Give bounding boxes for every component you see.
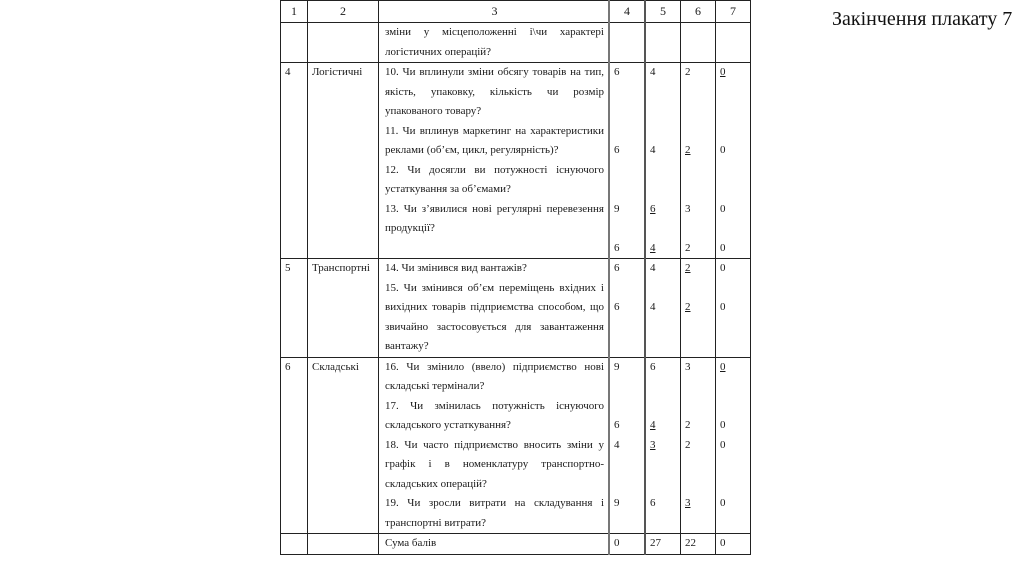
score-spacer <box>650 219 676 239</box>
score-spacer <box>685 397 711 417</box>
score-spacer <box>614 180 640 200</box>
group-row: 5Транспортні14. Чи змінився вид вантажів… <box>281 259 751 358</box>
header-col-3: 3 <box>379 1 610 23</box>
score-spacer <box>650 102 676 122</box>
score-value: 2 <box>685 436 711 456</box>
score-spacer <box>720 397 746 417</box>
score-value: 6 <box>650 358 676 378</box>
sum-col-6: 22 <box>681 534 716 555</box>
header-row: 1 2 3 4 5 6 7 <box>281 1 751 23</box>
score-spacer <box>685 475 711 495</box>
score-spacer <box>685 102 711 122</box>
group-number: 4 <box>281 63 308 259</box>
score-value: 4 <box>614 436 640 456</box>
score-value: 4 <box>650 239 676 259</box>
score-spacer <box>720 318 746 338</box>
score-value: 2 <box>685 239 711 259</box>
scoring-table: 1 2 3 4 5 6 7 зміни у місцеположенні і\ч… <box>280 0 751 555</box>
sum-col-7: 0 <box>716 534 751 555</box>
score-spacer <box>650 180 676 200</box>
score-value: 2 <box>685 63 711 83</box>
score-value: 0 <box>720 239 746 259</box>
score-spacer <box>720 83 746 103</box>
score-value: 6 <box>650 200 676 220</box>
group-row: 4Логістичні10. Чи вплинули зміни обсягу … <box>281 63 751 259</box>
score-col-6: 3223 <box>681 357 716 534</box>
score-value: 3 <box>650 436 676 456</box>
group-questions: 16. Чи змінило (ввело) підприємство нові… <box>379 357 610 534</box>
score-spacer <box>650 279 676 299</box>
score-spacer <box>650 475 676 495</box>
score-value: 6 <box>614 239 640 259</box>
score-spacer <box>720 161 746 181</box>
score-spacer <box>685 161 711 181</box>
score-value: 4 <box>650 416 676 436</box>
empty-cell <box>308 23 379 63</box>
score-value: 6 <box>614 63 640 83</box>
score-value: 6 <box>614 259 640 279</box>
score-spacer <box>650 337 676 357</box>
question-text: 10. Чи вплинули зміни обсягу товарів на … <box>385 63 604 122</box>
score-value: 0 <box>720 200 746 220</box>
score-spacer <box>614 514 640 534</box>
question-text: 15. Чи змінився об’єм переміщень вхідних… <box>385 279 604 357</box>
score-col-6: 22 <box>681 259 716 358</box>
score-value: 9 <box>614 358 640 378</box>
score-value: 4 <box>650 63 676 83</box>
group-name: Складські <box>308 357 379 534</box>
score-spacer <box>720 377 746 397</box>
score-spacer <box>614 122 640 142</box>
score-value: 6 <box>614 141 640 161</box>
score-spacer <box>685 122 711 142</box>
question-text: 13. Чи з’явилися нові регулярні перевезе… <box>385 200 604 239</box>
score-spacer <box>720 514 746 534</box>
score-col-5: 4464 <box>645 63 681 259</box>
group-questions: 10. Чи вплинули зміни обсягу товарів на … <box>379 63 610 259</box>
sum-label: Сума балів <box>379 534 610 555</box>
score-value: 2 <box>685 259 711 279</box>
score-spacer <box>614 377 640 397</box>
score-value: 0 <box>720 358 746 378</box>
poster-caption: Закінчення плакату 7 <box>832 8 1012 31</box>
score-spacer <box>720 337 746 357</box>
header-col-5: 5 <box>645 1 681 23</box>
score-spacer <box>720 122 746 142</box>
score-spacer <box>650 377 676 397</box>
score-spacer <box>614 83 640 103</box>
header-col-6: 6 <box>681 1 716 23</box>
score-col-4: 6696 <box>609 63 645 259</box>
score-col-7: 0000 <box>716 63 751 259</box>
question-text: 18. Чи часто підприємство вносить зміни … <box>385 436 604 495</box>
group-number: 6 <box>281 357 308 534</box>
score-value: 9 <box>614 200 640 220</box>
score-col-7: 00 <box>716 259 751 358</box>
question-text: 14. Чи змінився вид вантажів? <box>385 259 604 279</box>
score-spacer <box>720 279 746 299</box>
group-name: Транспортні <box>308 259 379 358</box>
empty-cell <box>716 23 751 63</box>
score-spacer <box>685 83 711 103</box>
question-text: 16. Чи змінило (ввело) підприємство нові… <box>385 358 604 397</box>
score-value: 6 <box>614 416 640 436</box>
group-name: Логістичні <box>308 63 379 259</box>
score-spacer <box>614 279 640 299</box>
score-spacer <box>685 180 711 200</box>
score-spacer <box>720 455 746 475</box>
score-spacer <box>614 102 640 122</box>
score-spacer <box>650 161 676 181</box>
score-value: 0 <box>720 436 746 456</box>
score-col-4: 9649 <box>609 357 645 534</box>
empty-cell <box>281 534 308 555</box>
score-col-7: 0000 <box>716 357 751 534</box>
score-spacer <box>685 514 711 534</box>
score-spacer <box>685 219 711 239</box>
score-value: 0 <box>720 63 746 83</box>
empty-cell <box>281 23 308 63</box>
group-row: 6Складські16. Чи змінило (ввело) підприє… <box>281 357 751 534</box>
score-col-5: 44 <box>645 259 681 358</box>
score-col-6: 2232 <box>681 63 716 259</box>
header-col-2: 2 <box>308 1 379 23</box>
score-spacer <box>650 122 676 142</box>
score-col-5: 6436 <box>645 357 681 534</box>
score-col-4: 66 <box>609 259 645 358</box>
score-spacer <box>720 475 746 495</box>
score-value: 2 <box>685 298 711 318</box>
score-spacer <box>685 337 711 357</box>
score-value: 3 <box>685 494 711 514</box>
score-spacer <box>650 397 676 417</box>
question-text: 19. Чи зросли витрати на складування і т… <box>385 494 604 533</box>
score-value: 9 <box>614 494 640 514</box>
score-spacer <box>614 337 640 357</box>
score-spacer <box>614 318 640 338</box>
score-value: 6 <box>614 298 640 318</box>
score-spacer <box>720 102 746 122</box>
score-value: 3 <box>685 358 711 378</box>
group-number: 5 <box>281 259 308 358</box>
question-text: 17. Чи змінилась потужність існуючого ск… <box>385 397 604 436</box>
continuation-row: зміни у місцеположенні і\чи характері ло… <box>281 23 751 63</box>
header-col-1: 1 <box>281 1 308 23</box>
score-value: 4 <box>650 141 676 161</box>
score-value: 0 <box>720 494 746 514</box>
score-value: 6 <box>650 494 676 514</box>
score-value: 0 <box>720 141 746 161</box>
empty-cell <box>308 534 379 555</box>
score-spacer <box>650 455 676 475</box>
score-value: 2 <box>685 416 711 436</box>
score-value: 3 <box>685 200 711 220</box>
score-spacer <box>685 377 711 397</box>
score-value: 4 <box>650 259 676 279</box>
sum-col-4: 0 <box>609 534 645 555</box>
question-text: 11. Чи вплинув маркетинг на характеристи… <box>385 122 604 161</box>
header-col-7: 7 <box>716 1 751 23</box>
score-spacer <box>720 219 746 239</box>
question-text: 12. Чи досягли ви потужності існуючого у… <box>385 161 604 200</box>
empty-cell <box>645 23 681 63</box>
score-spacer <box>720 180 746 200</box>
score-spacer <box>614 219 640 239</box>
score-spacer <box>685 279 711 299</box>
score-spacer <box>685 318 711 338</box>
sum-col-5: 27 <box>645 534 681 555</box>
score-spacer <box>650 514 676 534</box>
score-spacer <box>650 83 676 103</box>
empty-cell <box>609 23 645 63</box>
score-value: 0 <box>720 416 746 436</box>
score-spacer <box>650 318 676 338</box>
score-spacer <box>685 455 711 475</box>
score-value: 0 <box>720 298 746 318</box>
score-value: 4 <box>650 298 676 318</box>
score-value: 0 <box>720 259 746 279</box>
group-questions: 14. Чи змінився вид вантажів?15. Чи змін… <box>379 259 610 358</box>
score-spacer <box>614 397 640 417</box>
sum-row: Сума балів027220 <box>281 534 751 555</box>
score-spacer <box>614 161 640 181</box>
empty-cell <box>681 23 716 63</box>
continuation-text: зміни у місцеположенні і\чи характері ло… <box>379 23 610 63</box>
score-spacer <box>614 475 640 495</box>
score-value: 2 <box>685 141 711 161</box>
score-spacer <box>614 455 640 475</box>
header-col-4: 4 <box>609 1 645 23</box>
